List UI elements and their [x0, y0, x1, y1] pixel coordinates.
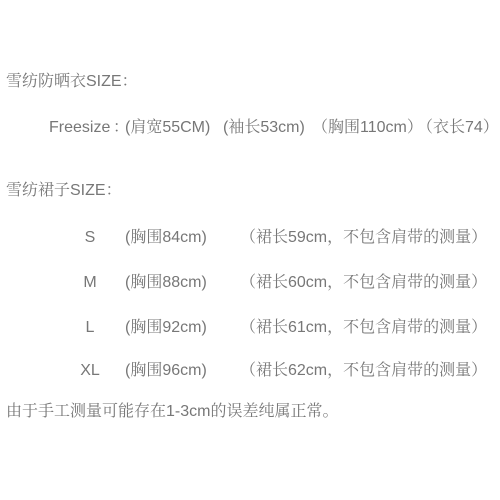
skirt-size-title: 雪纺裙子SIZE： — [6, 181, 122, 200]
skirt-size-label: S — [62, 228, 118, 247]
skirt-size-label: M — [62, 273, 118, 292]
skirt-size-row: S (胸围84cm) （裙长59cm，不包含肩带的测量） — [0, 228, 500, 248]
skirt-size-row: XL (胸围96cm) （裙长62cm，不包含肩带的测量） — [0, 361, 500, 381]
size-chart-page: 雪纺防晒衣SIZE： Freesize ： (肩宽55CM) (袖长53cm) … — [0, 0, 500, 500]
skirt-size-label: L — [62, 318, 118, 337]
measurement-tolerance-note: 由于手工测量可能存在1-3cm的误差纯属正常。 — [6, 402, 338, 421]
jacket-size-label: Freesize — [49, 118, 110, 137]
jacket-freesize-row: Freesize ： (肩宽55CM) (袖长53cm) （胸围110cm） （… — [0, 118, 500, 138]
jacket-bust: （胸围110cm） — [312, 118, 423, 137]
skirt-length-note: （裙长61cm，不包含肩带的测量） — [240, 318, 487, 337]
skirt-length-note: （裙长62cm，不包含肩带的测量） — [240, 361, 487, 380]
skirt-bust: (胸围88cm) — [125, 273, 207, 292]
skirt-bust: (胸围92cm) — [125, 318, 207, 337]
skirt-size-label: XL — [62, 361, 118, 380]
skirt-bust: (胸围84cm) — [125, 228, 207, 247]
jacket-sleeve-length: (袖长53cm) — [223, 118, 305, 137]
jacket-cloth-length: （衣长74） — [417, 118, 499, 137]
jacket-size-title: 雪纺防晒衣SIZE： — [6, 72, 138, 91]
skirt-bust: (胸围96cm) — [125, 361, 207, 380]
skirt-size-row: M (胸围88cm) （裙长60cm，不包含肩带的测量） — [0, 273, 500, 293]
skirt-size-row: L (胸围92cm) （裙长61cm，不包含肩带的测量） — [0, 318, 500, 338]
skirt-length-note: （裙长60cm，不包含肩带的测量） — [240, 273, 487, 292]
jacket-shoulder-width: (肩宽55CM) — [125, 118, 210, 137]
skirt-length-note: （裙长59cm，不包含肩带的测量） — [240, 228, 487, 247]
